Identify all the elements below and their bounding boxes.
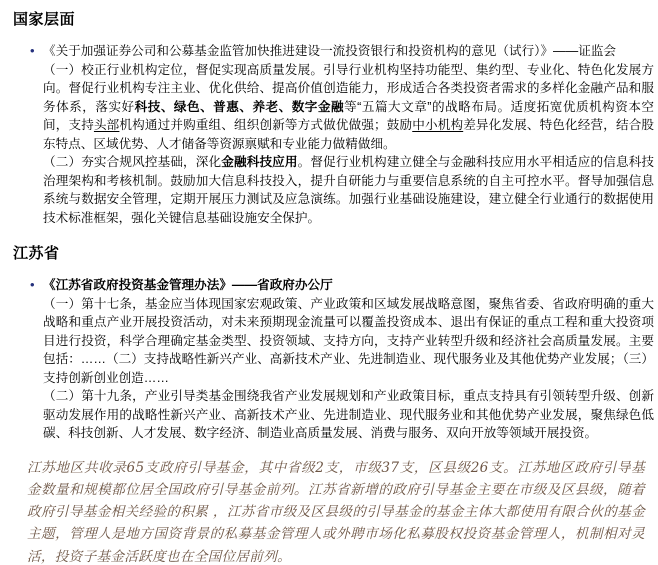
text-segment-underline: 头部: [94, 118, 119, 132]
document-title-line: 《关于加强证券公司和公募基金监管加快推进建设一流投资银行和投资机构的意见（试行）…: [43, 42, 654, 61]
analyst-commentary-note: 江苏地区共收录65支政府引导基金，其中省级2支，市级37支，区县级26支。江苏地…: [27, 457, 645, 565]
paragraph: （二）夯实合规风控基础，深化金融科技应用。督促行业机构建立健全与金融科技应用水平…: [43, 153, 654, 227]
text-segment-normal: 机构通过并购重组、组织创新等方式做优做强；鼓励: [119, 118, 412, 132]
text-segment-bold: 金融科技应用: [221, 155, 297, 169]
bullet-list: 《江苏省政府投资基金管理办法》——省政府办公厅 （一）第十七条，基金应当体现国家…: [13, 276, 654, 443]
bullet-list: 《关于加强证券公司和公募基金监管加快推进建设一流投资银行和投资机构的意见（试行）…: [13, 42, 654, 227]
text-segment-bold: 《江苏省政府投资基金管理办法》——省政府办公厅: [43, 278, 333, 292]
text-segment-normal: （二）夯实合规风控基础，深化: [43, 155, 221, 169]
text-segment-normal: 《关于加强证券公司和公募基金监管加快推进建设一流投资银行和投资机构的意见（试行）…: [43, 44, 616, 58]
document-title-line: 《江苏省政府投资基金管理办法》——省政府办公厅: [43, 276, 654, 295]
section-heading: 江苏省: [13, 244, 654, 263]
text-segment-underline: 中小机构: [412, 118, 463, 132]
policy-notes-document: 国家层面 《关于加强证券公司和公募基金监管加快推进建设一流投资银行和投资机构的意…: [13, 10, 654, 565]
text-segment-normal: （二）第十九条，产业引导类基金围绕我省产业发展规划和产业政策目标，重点支持具有引…: [43, 389, 654, 440]
text-segment-bold: 科技、绿色、普惠、养老、数字金融: [135, 100, 344, 114]
paragraph: （二）第十九条，产业引导类基金围绕我省产业发展规划和产业政策目标，重点支持具有引…: [43, 387, 654, 443]
list-item: 《关于加强证券公司和公募基金监管加快推进建设一流投资银行和投资机构的意见（试行）…: [43, 42, 654, 227]
section-heading: 国家层面: [13, 10, 654, 29]
list-item: 《江苏省政府投资基金管理办法》——省政府办公厅 （一）第十七条，基金应当体现国家…: [43, 276, 654, 443]
paragraph: （一）校正行业机构定位，督促实现高质量发展。引导行业机构坚持功能型、集约型、专业…: [43, 61, 654, 154]
document-page: { "colors": { "background": "#ffffff", "…: [0, 0, 658, 565]
paragraph: （一）第十七条，基金应当体现国家宏观政策、产业政策和区域发展战略意图，聚焦省委、…: [43, 295, 654, 388]
section-jiangsu-province: 江苏省 《江苏省政府投资基金管理办法》——省政府办公厅 （一）第十七条，基金应当…: [13, 244, 654, 443]
text-segment-normal: （一）第十七条，基金应当体现国家宏观政策、产业政策和区域发展战略意图，聚焦省委、…: [43, 297, 654, 385]
section-national-level: 国家层面 《关于加强证券公司和公募基金监管加快推进建设一流投资银行和投资机构的意…: [13, 10, 654, 227]
